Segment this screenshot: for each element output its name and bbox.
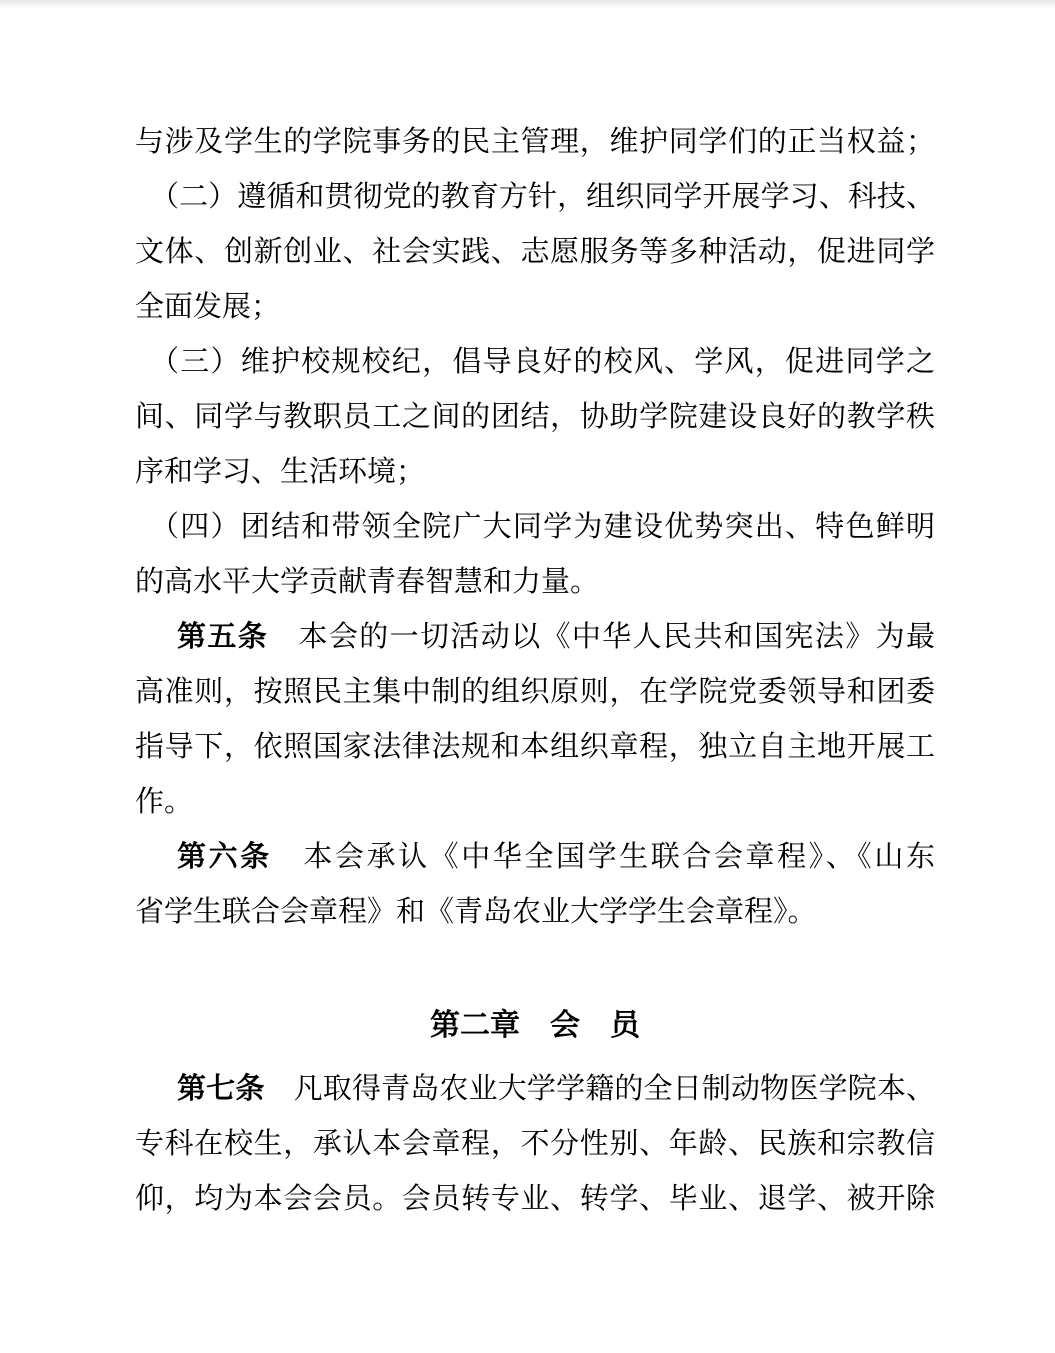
- text-run: （二）遵循和贯彻党的教育方针，组织同学开展学习、科技、: [150, 181, 935, 213]
- text-line: 作。: [135, 775, 935, 830]
- text-line: （四）团结和带领全院广大同学为建设优势突出、特色鲜明: [135, 500, 935, 555]
- text-line: 高准则，按照民主集中制的组织原则，在学院党委领导和团委: [135, 665, 935, 720]
- text-run: 文体、创新创业、社会实践、志愿服务等多种活动，促进同学: [135, 236, 935, 268]
- text-run: 专科在校生，承认本会章程，不分性别、年龄、民族和宗教信: [135, 1128, 935, 1160]
- article-number-label: 第五条: [177, 621, 268, 653]
- text-line: （三）维护校规校纪，倡导良好的校风、学风，促进同学之: [135, 335, 935, 390]
- text-run: 的高水平大学贡献青春智慧和力量。: [135, 566, 599, 598]
- text-line: 与涉及学生的学院事务的民主管理，维护同学们的正当权益；: [135, 115, 935, 170]
- text-run: 本会的一切活动以《中华人民共和国宪法》为最: [268, 621, 935, 653]
- text-run: 本会承认《中华全国学生联合会章程》、《山东: [272, 841, 935, 873]
- chapter-heading-text: 第二章 会 员: [430, 1009, 640, 1042]
- text-line: 第六条 本会承认《中华全国学生联合会章程》、《山东: [135, 830, 935, 885]
- text-line: 省学生联合会章程》和《青岛农业大学学生会章程》。: [135, 885, 935, 940]
- text-line: 仰，均为本会会员。会员转专业、转学、毕业、退学、被开除: [135, 1172, 935, 1227]
- text-line: 序和学习、生活环境；: [135, 445, 935, 500]
- chapter-heading: 第二章 会 员: [135, 998, 935, 1053]
- text-run: 高准则，按照民主集中制的组织原则，在学院党委领导和团委: [135, 676, 935, 708]
- text-line: 第七条 凡取得青岛农业大学学籍的全日制动物医学院本、: [135, 1062, 935, 1117]
- page-top-shadow: [0, 0, 1055, 8]
- article-number-label: 第七条: [177, 1073, 264, 1105]
- text-run: 全面发展；: [135, 291, 280, 323]
- text-run: 与涉及学生的学院事务的民主管理，维护同学们的正当权益；: [135, 126, 935, 158]
- text-run: 仰，均为本会会员。会员转专业、转学、毕业、退学、被开除: [135, 1183, 935, 1215]
- text-run: 间、同学与教职员工之间的团结，协助学院建设良好的教学秩: [135, 401, 935, 433]
- text-line: 的高水平大学贡献青春智慧和力量。: [135, 555, 935, 610]
- text-line: 专科在校生，承认本会章程，不分性别、年龄、民族和宗教信: [135, 1117, 935, 1172]
- text-run: 序和学习、生活环境；: [135, 456, 425, 488]
- text-run: （四）团结和带领全院广大同学为建设优势突出、特色鲜明: [150, 511, 935, 543]
- text-run: 省学生联合会章程》和《青岛农业大学学生会章程》。: [135, 896, 817, 928]
- text-line: 全面发展；: [135, 280, 935, 335]
- text-line: 文体、创新创业、社会实践、志愿服务等多种活动，促进同学: [135, 225, 935, 280]
- text-line: 第五条 本会的一切活动以《中华人民共和国宪法》为最: [135, 610, 935, 665]
- text-line: 指导下，依照国家法律法规和本组织章程，独立自主地开展工: [135, 720, 935, 775]
- text-run: 凡取得青岛农业大学学籍的全日制动物医学院本、: [264, 1073, 935, 1105]
- article-number-label: 第六条: [177, 841, 272, 873]
- document-body: 与涉及学生的学院事务的民主管理，维护同学们的正当权益；（二）遵循和贯彻党的教育方…: [135, 115, 935, 1227]
- text-run: （三）维护校规校纪，倡导良好的校风、学风，促进同学之: [150, 346, 935, 378]
- text-run: 作。: [135, 786, 193, 818]
- text-line: （二）遵循和贯彻党的教育方针，组织同学开展学习、科技、: [135, 170, 935, 225]
- text-run: 指导下，依照国家法律法规和本组织章程，独立自主地开展工: [135, 731, 935, 763]
- text-line: 间、同学与教职员工之间的团结，协助学院建设良好的教学秩: [135, 390, 935, 445]
